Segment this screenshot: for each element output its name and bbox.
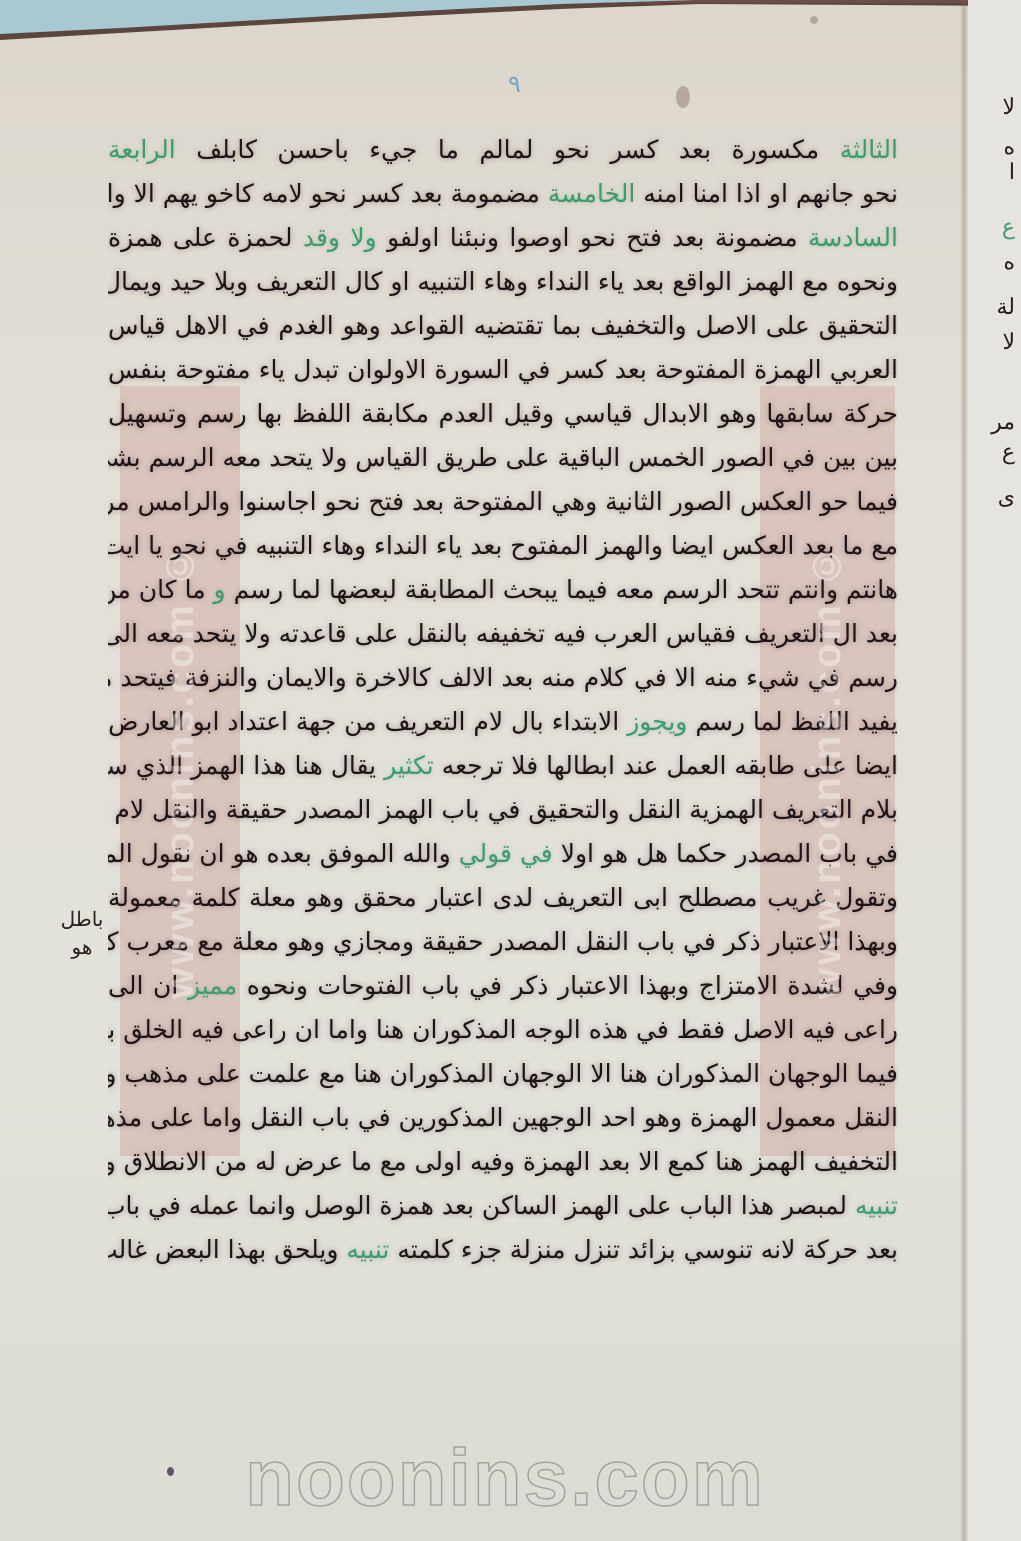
manuscript-line: وتقول غريب مصطلح ابى التعريف لدى اعتبار … bbox=[108, 876, 898, 920]
manuscript-line: حركة سابقها وهو الابدال قياسي وقيل العدم… bbox=[108, 392, 898, 436]
ink-stain bbox=[167, 1467, 174, 1476]
manuscript-line: بين بين في الصور الخمس الباقية على طريق … bbox=[108, 436, 898, 480]
manuscript-line: النقل معمول الهمزة وهو احد الوجهين المذك… bbox=[108, 1096, 898, 1140]
manuscript-text: الثالثة مكسورة بعد كسر نحو لمالم ما جيء … bbox=[108, 128, 898, 1272]
watermark-bottom: noonins.com bbox=[205, 1432, 805, 1524]
manuscript-line: تنبيه لمبصر هذا الباب على الهمز الساكن ب… bbox=[108, 1184, 898, 1228]
watermark-vertical-left: www.noonins.com © bbox=[158, 390, 198, 1150]
manuscript-line: ونحوه مع الهمز الواقع بعد ياء النداء وها… bbox=[108, 260, 898, 304]
facing-page-fragment: لا bbox=[1002, 330, 1015, 355]
manuscript-line: نحو جانهم او اذا امنا امنه الخامسة مضموم… bbox=[108, 172, 898, 216]
margin-note-word: باطل bbox=[52, 905, 112, 933]
manuscript-line: العربي الهمزة المفتوحة بعد كسر في السورة… bbox=[108, 348, 898, 392]
margin-note-word: هو bbox=[52, 933, 112, 961]
watermark-vertical-right: www.noonins.com © bbox=[805, 390, 845, 1150]
page-gutter bbox=[960, 0, 968, 1541]
facing-page-fragment: مر bbox=[991, 410, 1015, 435]
facing-page-fragment: ى bbox=[998, 485, 1015, 510]
manuscript-line: بلام التعريف الهمزية النقل والتحقيق في ب… bbox=[108, 788, 898, 832]
manuscript-line: وفي لشدة الامتزاج وبهذا الاعتبار ذكر في … bbox=[108, 964, 898, 1008]
facing-page-fragment: ه bbox=[1003, 135, 1015, 160]
manuscript-line: رسم في شيء منه الا في كلام منه بعد الالف… bbox=[108, 656, 898, 700]
facing-page-edge: لا ه ا ع ه لة لا مر ع ى bbox=[968, 0, 1021, 1541]
manuscript-line: التحقيق على الاصل والتخفيف بما تقتضيه ال… bbox=[108, 304, 898, 348]
facing-page-fragment: ه bbox=[1003, 250, 1015, 275]
manuscript-line: في باب المصدر حكما هل هو اولا في قولي وا… bbox=[108, 832, 898, 876]
ink-stain bbox=[810, 16, 818, 24]
manuscript-line: السادسة مضمونة بعد فتح نحو اوصوا ونبئنا … bbox=[108, 216, 898, 260]
margin-note-left: باطل هو bbox=[52, 905, 112, 961]
facing-page-fragment: لة bbox=[997, 295, 1016, 320]
folio-mark: ٩ bbox=[508, 70, 521, 98]
manuscript-line: بعد حركة لانه تنوسي بزائد تنزل منزلة جزء… bbox=[108, 1228, 898, 1272]
facing-page-fragment: ا bbox=[1009, 160, 1015, 185]
manuscript-line: فيما حو العكس الصور الثانية وهي المفتوحة… bbox=[108, 480, 898, 524]
manuscript-line: راعى فيه الاصل فقط في هذه الوجه المذكورا… bbox=[108, 1008, 898, 1052]
ink-stain bbox=[676, 86, 690, 108]
manuscript-line: فيما الوجهان المذكوران هنا الا الوجهان ا… bbox=[108, 1052, 898, 1096]
facing-page-fragment: ع bbox=[1002, 440, 1015, 465]
manuscript-line: الثالثة مكسورة بعد كسر نحو لمالم ما جيء … bbox=[108, 128, 898, 172]
manuscript-line: بعد ال التعريف فقياس العرب فيه تخفيفه با… bbox=[108, 612, 898, 656]
facing-page-fragment: ع bbox=[1002, 215, 1015, 240]
manuscript-line: يفيد اللفظ لما رسم ويجوز الابتداء بال لا… bbox=[108, 700, 898, 744]
manuscript-line: مع ما بعد العكس ايضا والهمز المفتوح بعد … bbox=[108, 524, 898, 568]
manuscript-line: ايضا على طابقه العمل عند ابطالها فلا ترج… bbox=[108, 744, 898, 788]
manuscript-line: التخفيف الهمز هنا كمع الا بعد الهمزة وفي… bbox=[108, 1140, 898, 1184]
manuscript-line: وبهذا الاعتبار ذكر في باب النقل المصدر ح… bbox=[108, 920, 898, 964]
facing-page-fragment: لا bbox=[1002, 95, 1015, 120]
manuscript-line: هانتم وانتم تتحد الرسم معه فيما يبحث الم… bbox=[108, 568, 898, 612]
